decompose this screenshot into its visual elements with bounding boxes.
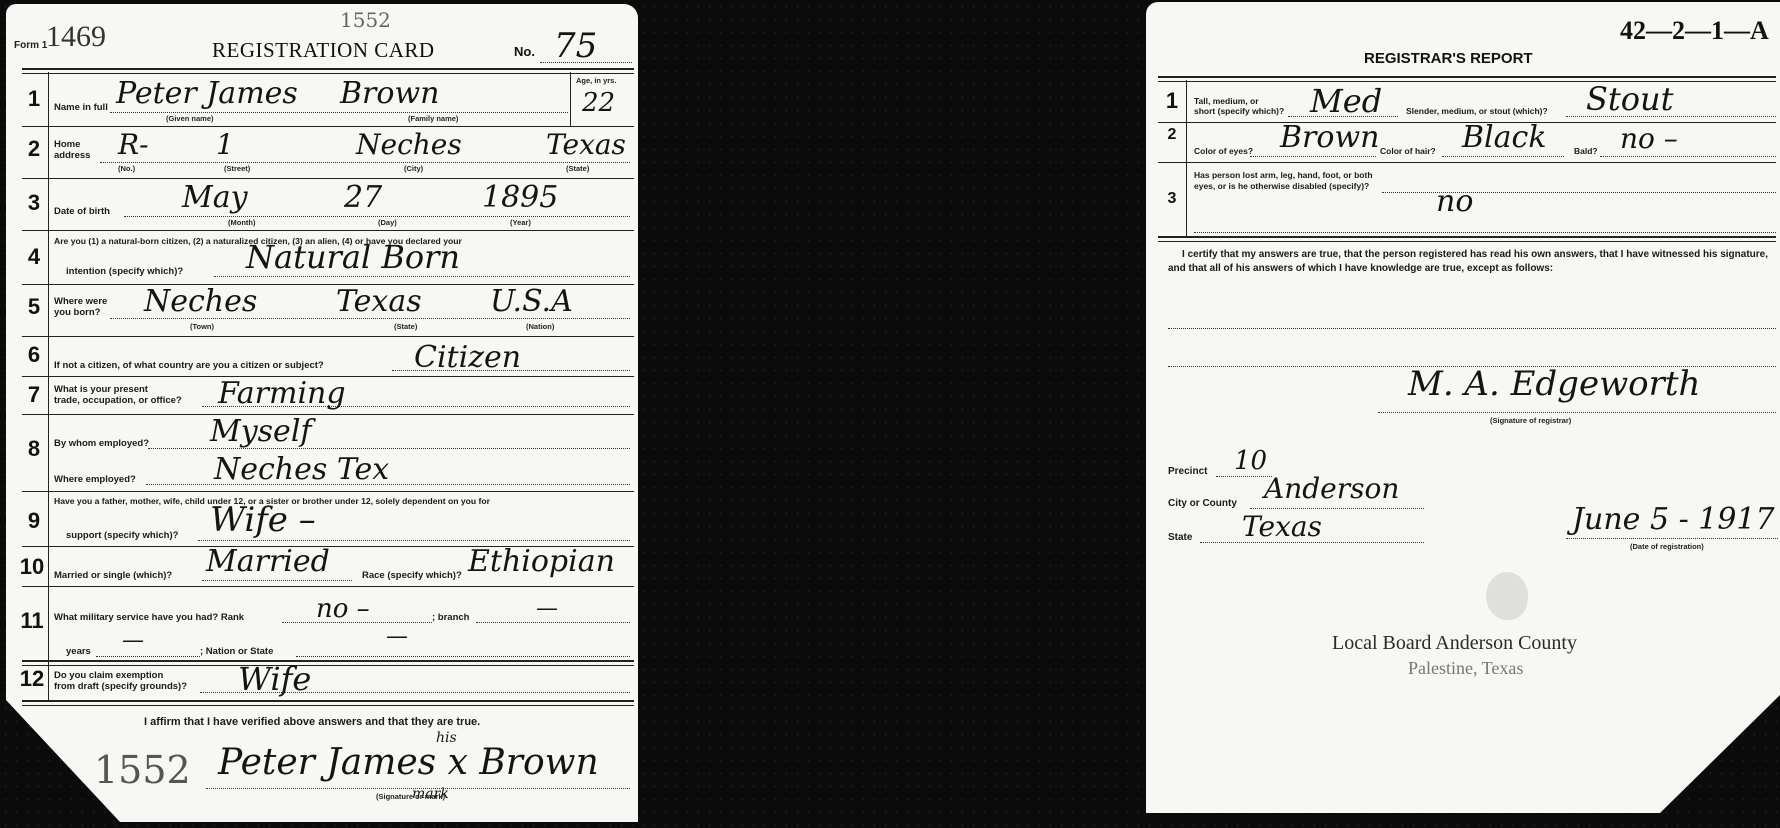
report-code: 42—2—1—A xyxy=(1620,16,1769,46)
no-label: No. xyxy=(514,44,535,59)
stamp-line-2: Palestine, Texas xyxy=(1408,658,1523,679)
no-value: 75 xyxy=(554,26,597,66)
faint-seal-icon xyxy=(1486,572,1528,620)
stamp-line-1: Local Board Anderson County xyxy=(1332,632,1577,655)
registrant-signature: Peter James x Brown xyxy=(218,742,599,783)
affirmation-text: I affirm that I have verified above answ… xyxy=(144,716,480,728)
report-title: REGISTRAR'S REPORT xyxy=(1364,50,1533,67)
serial-handwritten: 1552 xyxy=(340,8,391,32)
card-title: REGISTRATION CARD xyxy=(212,38,435,63)
registrars-report: 42—2—1—A REGISTRAR'S REPORT 1 Tall, medi… xyxy=(1146,2,1780,813)
serial-printed: 1469 xyxy=(46,20,106,54)
family-name: Brown xyxy=(340,76,439,111)
registrar-signature: M. A. Edgeworth xyxy=(1408,364,1700,404)
signature-number: 1552 xyxy=(94,748,191,792)
age-value: 22 xyxy=(582,88,615,118)
given-name: Peter James xyxy=(116,76,298,111)
form-label: Form 1 xyxy=(14,40,47,51)
certification-text: I certify that my answers are true, that… xyxy=(1168,248,1768,276)
registration-card: Form 1 1469 1552 REGISTRATION CARD No. 7… xyxy=(6,4,638,822)
registration-date: June 5 - 1917 xyxy=(1572,502,1775,537)
